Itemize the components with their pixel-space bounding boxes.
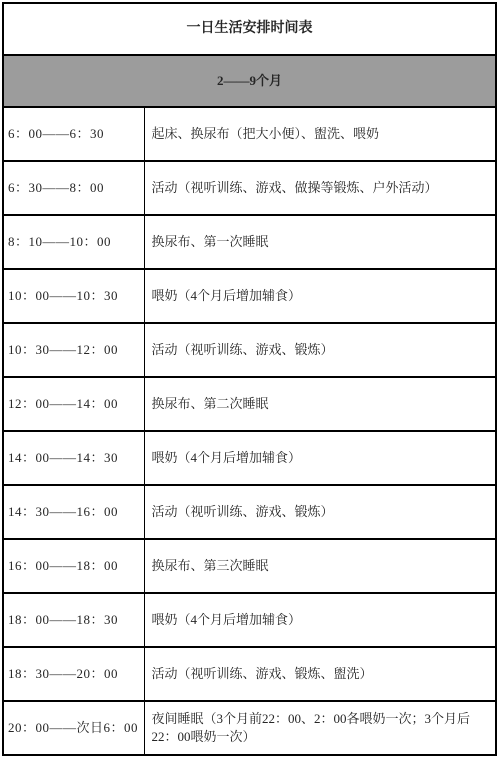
activity-cell: 起床、换尿布（把大小便）、盥洗、喂奶 (144, 107, 496, 161)
activity-cell: 活动（视听训练、游戏、锻炼、盥洗） (144, 647, 496, 701)
time-cell: 12：00——14：00 (3, 377, 144, 431)
activity-cell: 喂奶（4个月后增加辅食） (144, 593, 496, 647)
table-row: 20：00——次日6：00 夜间睡眠（3个月前22：00、2：00各喂奶一次；3… (3, 701, 496, 755)
activity-cell: 夜间睡眠（3个月前22：00、2：00各喂奶一次；3个月后22：00喂奶一次） (144, 701, 496, 755)
page-title: 一日生活安排时间表 (3, 3, 496, 55)
time-cell: 14：00——14：30 (3, 431, 144, 485)
table-row: 16：00——18：00 换尿布、第三次睡眠 (3, 539, 496, 593)
time-cell: 10：00——10：30 (3, 269, 144, 323)
time-cell: 8：10——10：00 (3, 215, 144, 269)
document-page: 一日生活安排时间表 2——9个月 6：00——6：30 起床、换尿布（把大小便）… (0, 0, 500, 757)
time-cell: 14：30——16：00 (3, 485, 144, 539)
time-cell: 18：00——18：30 (3, 593, 144, 647)
activity-cell: 喂奶（4个月后增加辅食） (144, 269, 496, 323)
table-row: 10：30——12：00 活动（视听训练、游戏、锻炼） (3, 323, 496, 377)
table-row: 10：00——10：30 喂奶（4个月后增加辅食） (3, 269, 496, 323)
activity-cell: 喂奶（4个月后增加辅食） (144, 431, 496, 485)
activity-cell: 活动（视听训练、游戏、锻炼） (144, 323, 496, 377)
table-row: 14：30——16：00 活动（视听训练、游戏、锻炼） (3, 485, 496, 539)
time-cell: 20：00——次日6：00 (3, 701, 144, 755)
time-cell: 6：30——8：00 (3, 161, 144, 215)
time-cell: 10：30——12：00 (3, 323, 144, 377)
title-row: 一日生活安排时间表 (3, 3, 496, 55)
activity-cell: 活动（视听训练、游戏、锻炼） (144, 485, 496, 539)
time-cell: 6：00——6：30 (3, 107, 144, 161)
activity-cell: 换尿布、第二次睡眠 (144, 377, 496, 431)
table-row: 18：30——20：00 活动（视听训练、游戏、锻炼、盥洗） (3, 647, 496, 701)
table-row: 8：10——10：00 换尿布、第一次睡眠 (3, 215, 496, 269)
age-header-row: 2——9个月 (3, 55, 496, 107)
table-row: 18：00——18：30 喂奶（4个月后增加辅食） (3, 593, 496, 647)
schedule-table: 一日生活安排时间表 2——9个月 6：00——6：30 起床、换尿布（把大小便）… (2, 2, 497, 756)
age-range-header: 2——9个月 (3, 55, 496, 107)
table-row: 6：00——6：30 起床、换尿布（把大小便）、盥洗、喂奶 (3, 107, 496, 161)
activity-cell: 换尿布、第三次睡眠 (144, 539, 496, 593)
time-cell: 16：00——18：00 (3, 539, 144, 593)
table-row: 14：00——14：30 喂奶（4个月后增加辅食） (3, 431, 496, 485)
time-cell: 18：30——20：00 (3, 647, 144, 701)
table-row: 6：30——8：00 活动（视听训练、游戏、做操等锻炼、户外活动） (3, 161, 496, 215)
activity-cell: 换尿布、第一次睡眠 (144, 215, 496, 269)
table-row: 12：00——14：00 换尿布、第二次睡眠 (3, 377, 496, 431)
activity-cell: 活动（视听训练、游戏、做操等锻炼、户外活动） (144, 161, 496, 215)
